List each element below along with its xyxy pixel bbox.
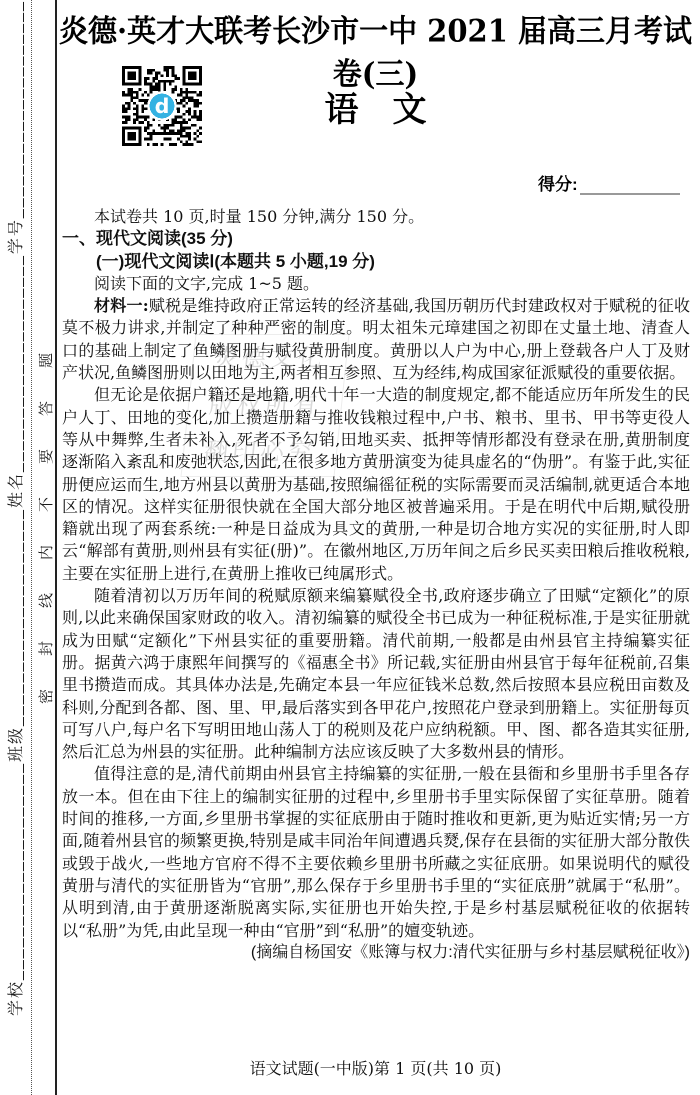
exam-page: 学校____________________班级________________…: [0, 0, 700, 1095]
body-paragraph: 但无论是依据户籍还是地籍,明代十年一大造的制度规定,都不能适应历年所发生的民户人…: [62, 384, 690, 585]
score-box: 得分:: [538, 170, 680, 195]
body-paragraph: 值得注意的是,清代前期由州县官主持编纂的实征册,一般在县衙和乡里册书手里各存放一…: [62, 763, 690, 941]
exam-info-line: 本试卷共 10 页,时量 150 分钟,满分 150 分。: [62, 206, 690, 228]
subject-title: 语 文: [55, 82, 696, 131]
page-footer: 语文试题(一中版)第 1 页(共 10 页): [55, 1056, 696, 1079]
score-label: 得分:: [538, 170, 578, 195]
seal-notice: 密封线内不要答题: [35, 294, 56, 704]
body-paragraph: 随着清初以万历年间的税赋原额来编纂赋役全书,政府逐步确立了田赋“定额化”的原则,…: [62, 585, 690, 763]
reading-instruction: 阅读下面的文字,完成 1~5 题。: [62, 273, 690, 295]
subsection-heading: (一)现代文阅读Ⅰ(本题共 5 小题,19 分): [62, 251, 690, 273]
paragraph-text: 赋税是维持政府正常运转的经济基础,我国历朝历代封建政权对于赋税的征收莫不极力讲求…: [62, 296, 690, 382]
citation-line: (摘编自杨国安《账簿与权力:清代实征册与乡村基层赋税征收》): [62, 942, 690, 964]
document-body: 本试卷共 10 页,时量 150 分钟,满分 150 分。 一、现代文阅读(35…: [62, 206, 690, 964]
material-label: 材料一:: [94, 296, 149, 315]
material-paragraph: 材料一:赋税是维持政府正常运转的经济基础,我国历朝历代封建政权对于赋税的征收莫不…: [62, 295, 690, 384]
student-info-fields: 学校____________________班级________________…: [3, 86, 26, 1016]
section-heading: 一、现代文阅读(35 分): [62, 228, 690, 250]
seal-dotted-line: [31, 0, 32, 1095]
score-blank-line: [580, 174, 680, 195]
